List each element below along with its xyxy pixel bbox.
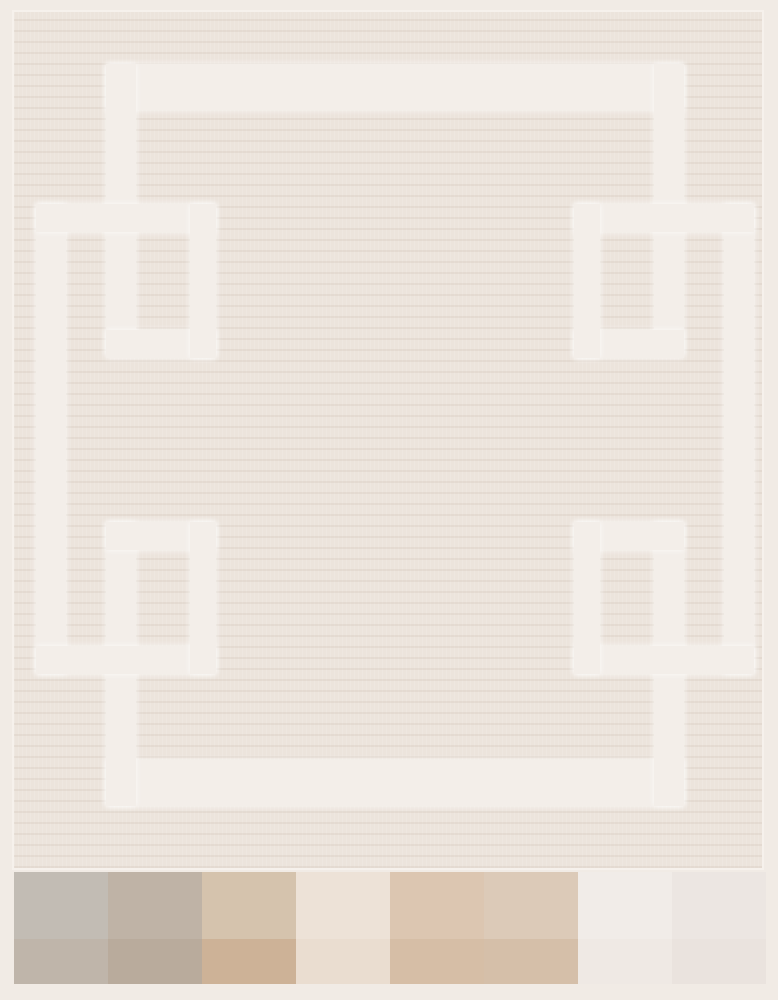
- key-corner-br-v: [574, 522, 600, 674]
- key-corner-br-h2: [574, 646, 754, 674]
- swatch-1: [14, 872, 108, 984]
- swatch-3: [202, 872, 296, 984]
- swatch-5: [390, 872, 484, 984]
- swatch-8: [672, 872, 766, 984]
- swatch-4: [296, 872, 390, 984]
- key-corner-bl-v: [190, 522, 216, 674]
- key-corner-tr-h1: [574, 204, 754, 232]
- swatch-6: [484, 872, 578, 984]
- rug-image: [12, 10, 764, 870]
- key-corner-tl-v: [190, 204, 216, 358]
- key-corner-tr-v: [574, 204, 600, 358]
- swatch-7: [578, 872, 672, 984]
- key-corner-tl-h1: [36, 204, 216, 232]
- key-band-right-side: [724, 204, 754, 674]
- swatch-2: [108, 872, 202, 984]
- color-swatch-strip: [14, 872, 766, 984]
- key-band-bottom: [106, 760, 684, 806]
- key-band-left-side: [36, 204, 66, 674]
- key-corner-bl-h2: [36, 646, 216, 674]
- key-band-top: [106, 64, 684, 110]
